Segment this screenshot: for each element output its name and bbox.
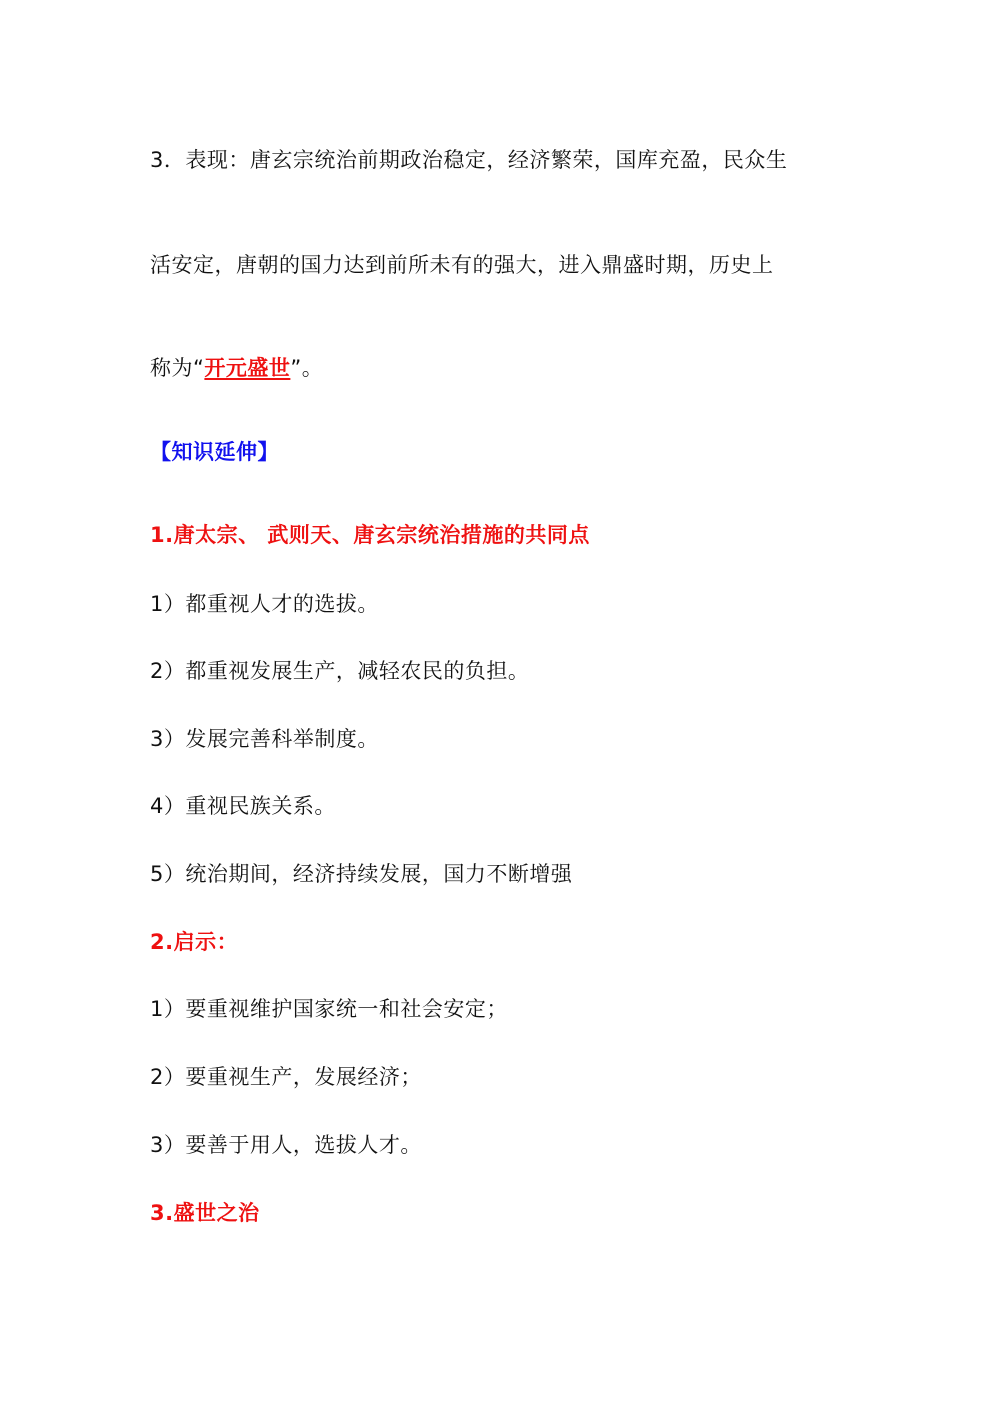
section1-item: 1）都重视人才的选拔。 — [150, 589, 379, 619]
section1-item: 3）发展完善科举制度。 — [150, 724, 379, 754]
section3-title: 3.盛世之治 — [150, 1198, 260, 1228]
section2-item: 1）要重视维护国家统一和社会安定； — [150, 994, 508, 1024]
section2-item: 2）要重视生产，发展经济； — [150, 1062, 422, 1092]
kaiyuan-highlight: 开元盛世 — [204, 356, 290, 380]
section1-item: 2）都重视发展生产，减轻农民的负担。 — [150, 656, 529, 686]
paragraph-line-2: 活安定，唐朝的国力达到前所未有的强大，进入鼎盛时期，历史上 — [150, 250, 774, 280]
line3-suffix: ”。 — [290, 356, 323, 380]
section2-title: 2.启示： — [150, 927, 238, 957]
section2-item: 3）要善于用人，选拔人才。 — [150, 1130, 422, 1160]
paragraph-line-3: 称为“开元盛世”。 — [150, 353, 323, 383]
section1-item: 4）重视民族关系。 — [150, 791, 336, 821]
knowledge-extension-heading: 【知识延伸】 — [150, 437, 279, 467]
paragraph-line-1: 3．表现：唐玄宗统治前期政治稳定，经济繁荣，国库充盈，民众生 — [150, 145, 787, 175]
line3-prefix: 称为“ — [150, 356, 204, 380]
section1-title: 1.唐太宗、 武则天、唐玄宗统治措施的共同点 — [150, 520, 590, 550]
section1-item: 5）统治期间，经济持续发展，国力不断增强 — [150, 859, 572, 889]
